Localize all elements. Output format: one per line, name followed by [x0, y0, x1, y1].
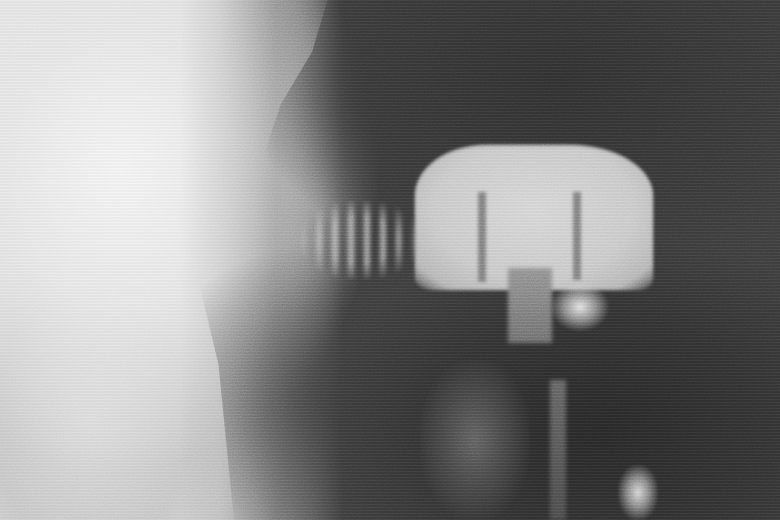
asphalt-grain-texture [0, 0, 780, 520]
puddle-reflection-photo [0, 0, 780, 520]
